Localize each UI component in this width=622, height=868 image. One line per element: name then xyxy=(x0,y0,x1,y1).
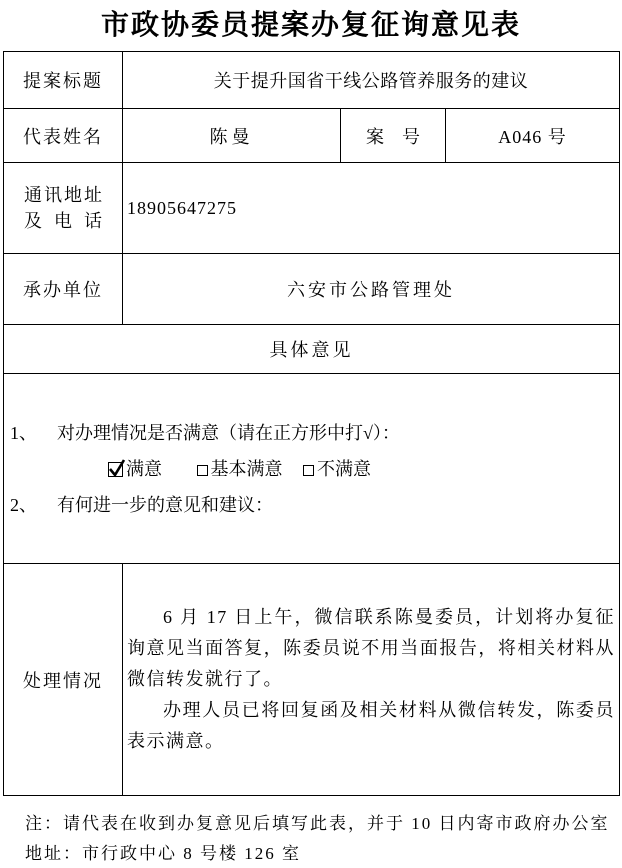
proposal-form-table: 提案标题 关于提升国省干线公路管养服务的建议 代表姓名 陈曼 案 号 A046 … xyxy=(3,51,620,796)
checkbox-not-satisfied-icon[interactable] xyxy=(303,465,314,476)
row-contact: 通讯地址 及电话 18905647275 xyxy=(4,163,620,254)
page-title: 市政协委员提案办复征询意见表 xyxy=(0,0,622,45)
checkbox-basically-satisfied-icon[interactable] xyxy=(197,465,208,476)
satisfaction-question: 1、对办理情况是否满意（请在正方形中打√）： xyxy=(8,415,615,451)
row-handling-unit: 承办单位 六安市公路管理处 xyxy=(4,254,620,325)
question-1-number: 1、 xyxy=(10,415,37,451)
question-1-text: 对办理情况是否满意（请在正方形中打√）： xyxy=(57,423,400,443)
row-handling-status: 处理情况 6 月 17 日上午，微信联系陈曼委员，计划将办复征询意见当面答复，陈… xyxy=(4,564,620,796)
note-line-1: 注：请代表在收到办复意见后填写此表，并于 10 日内寄市政府办公室 xyxy=(25,809,622,839)
form-document-page: 市政协委员提案办复征询意见表 提案标题 关于提升国省干线公路管养服务的建议 代表… xyxy=(0,0,622,868)
proposal-title-label: 提案标题 xyxy=(4,52,123,109)
contact-label-line1: 通讯地址 xyxy=(24,182,102,208)
suggestions-question: 2、有何进一步的意见和建议： xyxy=(8,487,615,523)
row-proposal-title: 提案标题 关于提升国省干线公路管养服务的建议 xyxy=(4,52,620,109)
row-representative: 代表姓名 陈曼 案 号 A046 号 xyxy=(4,109,620,163)
satisfaction-options: 满意 基本满意 不满意 xyxy=(8,451,615,487)
representative-name-value: 陈曼 xyxy=(123,109,341,163)
handling-status-paragraph-2: 办理人员已将回复函及相关材料从微信转发，陈委员表示满意。 xyxy=(127,695,615,757)
option-basically-satisfied-label: 基本满意 xyxy=(211,459,283,479)
handling-unit-label: 承办单位 xyxy=(4,254,123,325)
note-line-2: 地址：市行政中心 8 号楼 126 室 xyxy=(25,839,622,868)
opinion-content-cell: 1、对办理情况是否满意（请在正方形中打√）： 满意 基本满意 不满意 2、有何进… xyxy=(4,374,620,564)
handling-status-label: 处理情况 xyxy=(4,564,123,796)
handling-unit-value: 六安市公路管理处 xyxy=(123,254,620,325)
option-satisfied-label: 满意 xyxy=(126,459,162,479)
contact-label: 通讯地址 及电话 xyxy=(4,163,123,254)
option-not-satisfied[interactable]: 不满意 xyxy=(303,451,371,487)
opinion-section-header: 具体意见 xyxy=(4,325,620,374)
phone-number-value: 18905647275 xyxy=(123,163,620,254)
case-number-label: 案 号 xyxy=(341,109,446,163)
question-2-number: 2、 xyxy=(10,487,37,523)
handling-status-paragraph-1: 6 月 17 日上午，微信联系陈曼委员，计划将办复征询意见当面答复，陈委员说不用… xyxy=(127,602,615,695)
row-opinion-content: 1、对办理情况是否满意（请在正方形中打√）： 满意 基本满意 不满意 2、有何进… xyxy=(4,374,620,564)
option-satisfied[interactable]: 满意 xyxy=(108,451,162,487)
contact-label-line2: 及电话 xyxy=(24,208,102,234)
option-basically-satisfied[interactable]: 基本满意 xyxy=(197,451,283,487)
case-number-value: A046 号 xyxy=(446,109,620,163)
handling-status-content: 6 月 17 日上午，微信联系陈曼委员，计划将办复征询意见当面答复，陈委员说不用… xyxy=(123,564,620,796)
option-not-satisfied-label: 不满意 xyxy=(317,459,371,479)
row-opinion-header: 具体意见 xyxy=(4,325,620,374)
proposal-title-value: 关于提升国省干线公路管养服务的建议 xyxy=(123,52,620,109)
question-2-text: 有何进一步的意见和建议： xyxy=(57,495,273,515)
checkbox-satisfied-checked-icon[interactable] xyxy=(108,462,123,477)
footer-notes: 注：请代表在收到办复意见后填写此表，并于 10 日内寄市政府办公室 地址：市行政… xyxy=(25,809,622,868)
representative-name-label: 代表姓名 xyxy=(4,109,123,163)
